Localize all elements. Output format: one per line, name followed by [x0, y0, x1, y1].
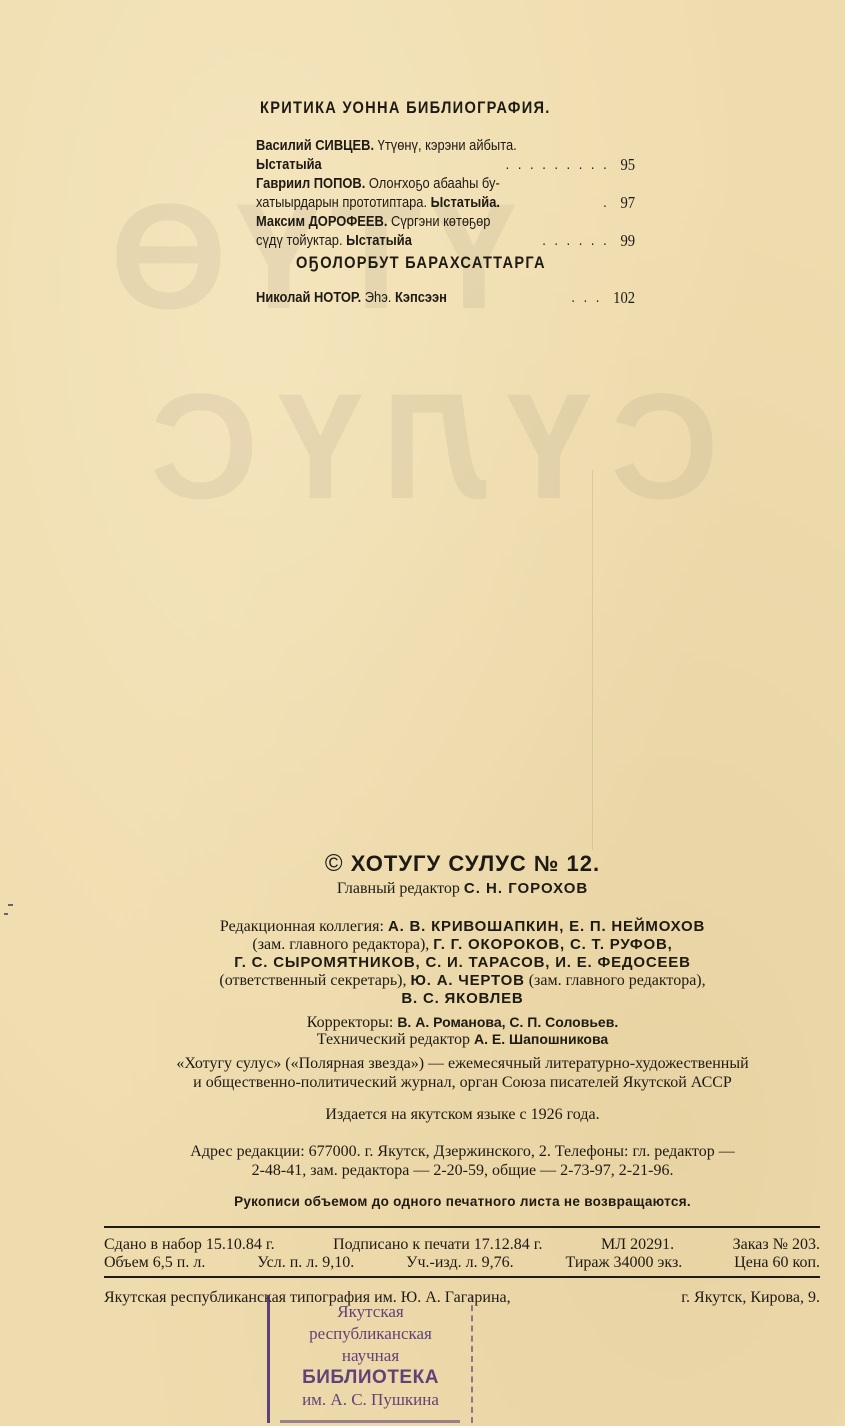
toc-genre: Ыстатыйа: [346, 232, 412, 249]
toc-title: Үтүөнү, кэрэни айбыта.: [378, 137, 517, 154]
description-line: «Хотугу сулус» («Полярная звезда») — еже…: [100, 1054, 825, 1073]
toc-title-cont: хатыырдарын прототиптара.: [256, 194, 427, 211]
correctors-names: В. А. Романова, С. П. Соловьев.: [397, 1014, 618, 1030]
toc-author: Николай НОТОР.: [256, 289, 361, 306]
published-since: Издается на якутском языке с 1926 года.: [100, 1106, 825, 1124]
pubdata-item: Тираж 34000 экз.: [565, 1254, 682, 1272]
toc-genre: Ыстатыйа.: [431, 194, 500, 211]
stamp-line: им. А. С. Пушкина: [270, 1389, 471, 1411]
toc-genre: Ыстатыйа: [256, 155, 322, 174]
page-fold-line: [592, 470, 593, 850]
toc-leader-dots: ......: [412, 231, 621, 250]
toc-page-number: 97: [620, 193, 635, 212]
toc-entry[interactable]: Николай НОТОР. Эһэ. Кэпсээн ... 102: [256, 288, 635, 307]
chief-editor: Главный редактор С. Н. ГОРОХОВ: [100, 880, 825, 898]
address-line: 2-48-41, зам. редактора — 2-20-59, общие…: [100, 1161, 825, 1180]
toc-page-number: 99: [620, 231, 635, 250]
divider: [104, 1276, 820, 1278]
chief-editor-label: Главный редактор: [337, 880, 460, 897]
toc-leader-dots: .........: [322, 155, 621, 174]
journal-title-text: ХОТУГУ СУЛУС № 12.: [351, 851, 600, 876]
pubdata-item: Заказ № 203.: [733, 1236, 820, 1254]
toc-leader-dots: ...: [447, 288, 613, 307]
toc-entry[interactable]: Максим ДОРОФЕЕВ. Сүргэни көтөҕөр: [256, 212, 635, 231]
show-through-watermark: СҮЛҮС: [130, 360, 719, 533]
manuscripts-note: Рукописи объемом до одного печатного лис…: [100, 1194, 825, 1209]
toc-list: Василий СИВЦЕВ. Үтүөнү, кэрэни айбыта. Ы…: [256, 136, 636, 250]
stamp-line: Якутская: [270, 1301, 471, 1323]
stamp-line: республиканская: [270, 1323, 471, 1345]
toc-page-number: 95: [620, 155, 635, 174]
printer-address: г. Якутск, Кирова, 9.: [681, 1289, 820, 1307]
toc-section-heading: КРИТИКА УОННА БИБЛИОГРАФИЯ.: [260, 98, 551, 118]
editorial-address: Адрес редакции: 677000. г. Якутск, Дзерж…: [100, 1142, 825, 1180]
board-names: Г. Г. ОКОРОКОВ, С. Т. РУФОВ,: [433, 936, 672, 953]
board-names: Г. С. СЫРОМЯТНИКОВ, С. И. ТАРАСОВ, И. Е.…: [234, 954, 690, 971]
ink-speck: [8, 904, 13, 906]
toc-title-cont: сүдү тойуктар.: [256, 232, 343, 249]
toc-genre: Кэпсээн: [395, 289, 447, 306]
divider: [104, 1226, 820, 1228]
stamp-border: [280, 1420, 460, 1423]
toc-title: Олоҥхоҕо абааһы бу-: [369, 175, 500, 192]
toc-section-heading: ОҔОЛОРБУТ БАРАХСАТТАРГА: [296, 253, 546, 273]
journal-page: ҮТҮӨ СҮЛҮС КРИТИКА УОННА БИБЛИОГРАФИЯ. В…: [0, 0, 845, 1426]
tech-editor-name: А. Е. Шапошникова: [474, 1031, 608, 1047]
board-names: Ю. А. ЧЕРТОВ: [411, 972, 525, 989]
toc-leader-dots: .: [500, 193, 620, 212]
board-names: А. В. КРИВОШАПКИН, Е. П. НЕЙМОХОВ: [388, 918, 705, 935]
toc-author: Гавриил ПОПОВ.: [256, 175, 365, 192]
address-line: Адрес редакции: 677000. г. Якутск, Дзерж…: [100, 1142, 825, 1161]
correctors-label: Корректоры:: [307, 1014, 394, 1031]
library-stamp: Якутская республиканская научная БИБЛИОТ…: [267, 1295, 473, 1423]
toc-title: Эһэ.: [365, 289, 392, 306]
toc-list: Николай НОТОР. Эһэ. Кэпсээн ... 102: [256, 288, 636, 307]
stamp-line: БИБЛИОТЕКА: [270, 1367, 471, 1389]
toc-page-number: 102: [613, 288, 635, 307]
correctors: Корректоры: В. А. Романова, С. П. Соловь…: [100, 1014, 825, 1048]
journal-title: © ХОТУГУ СУЛУС № 12.: [100, 850, 825, 878]
pubdata-item: МЛ 20291.: [601, 1236, 674, 1254]
board-label: Редакционная коллегия:: [220, 918, 384, 935]
ink-speck: [4, 913, 8, 915]
pubdata-item: Сдано в набор 15.10.84 г.: [104, 1236, 275, 1254]
board-names: В. С. ЯКОВЛЕВ: [401, 990, 523, 1007]
editorial-board: Редакционная коллегия: А. В. КРИВОШАПКИН…: [100, 918, 825, 1008]
pubdata-item: Уч.-изд. л. 9,76.: [406, 1254, 513, 1272]
board-note: (зам. главного редактора),: [252, 936, 429, 953]
board-note: (ответственный секретарь),: [219, 972, 406, 989]
toc-author: Максим ДОРОФЕЕВ.: [256, 213, 387, 230]
journal-description: «Хотугу сулус» («Полярная звезда») — еже…: [100, 1054, 825, 1092]
toc-entry[interactable]: Гавриил ПОПОВ. Олоҥхоҕо абааһы бу-: [256, 174, 635, 193]
pubdata-item: Цена 60 коп.: [734, 1254, 820, 1272]
pubdata-item: Объем 6,5 п. л.: [104, 1254, 205, 1272]
copyright-icon: ©: [325, 850, 344, 877]
publication-data: Сдано в набор 15.10.84 г. Подписано к пе…: [104, 1236, 820, 1272]
pubdata-item: Подписано к печати 17.12.84 г.: [333, 1236, 542, 1254]
board-note: (зам. главного редактора),: [529, 972, 706, 989]
chief-editor-name: С. Н. ГОРОХОВ: [464, 880, 588, 897]
toc-entry-cont[interactable]: хатыырдарын прототиптара. Ыстатыйа. . 97: [256, 193, 635, 212]
pubdata-item: Усл. п. л. 9,10.: [257, 1254, 354, 1272]
toc-author: Василий СИВЦЕВ.: [256, 137, 374, 154]
toc-entry-cont[interactable]: сүдү тойуктар. Ыстатыйа ...... 99: [256, 231, 635, 250]
description-line: и общественно-политический журнал, орган…: [100, 1073, 825, 1092]
tech-editor-label: Технический редактор: [317, 1031, 470, 1048]
toc-entry[interactable]: Василий СИВЦЕВ. Үтүөнү, кэрэни айбыта.: [256, 136, 635, 155]
stamp-line: научная: [270, 1345, 471, 1367]
toc-entry-cont[interactable]: Ыстатыйа ......... 95: [256, 155, 635, 174]
toc-title: Сүргэни көтөҕөр: [391, 213, 490, 230]
